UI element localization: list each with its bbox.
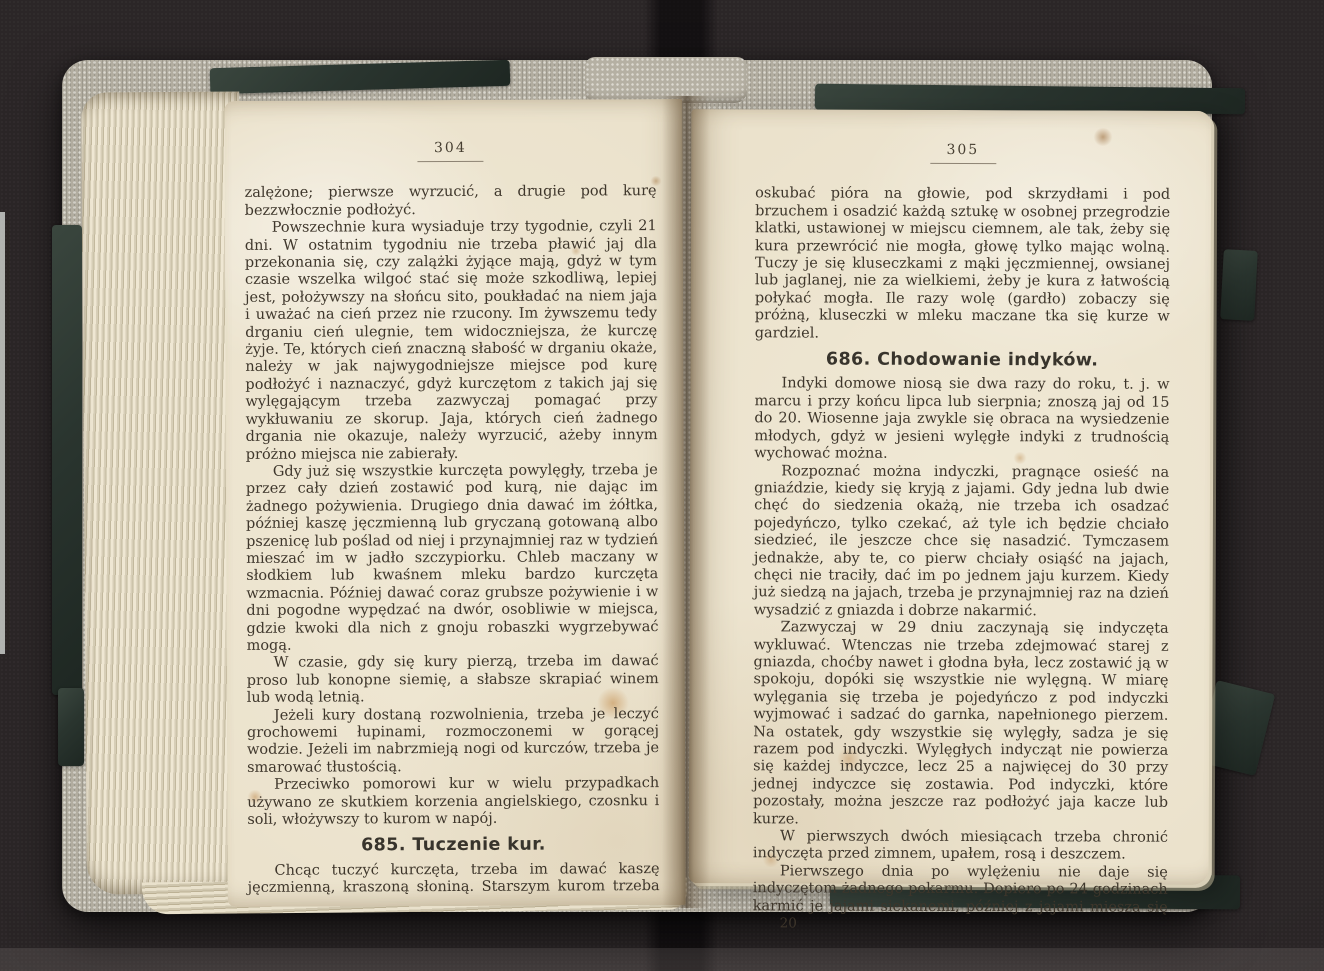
paragraph: Indyki domowe niosą sie dwa razy do roku… — [754, 376, 1169, 464]
page-number-rule — [417, 161, 483, 162]
cradle-left-edge — [0, 212, 5, 654]
page-number-rule — [930, 163, 996, 164]
section-heading-686: 686. Chodowanie indyków. — [755, 351, 1170, 370]
paragraph: Przeciwko pomorowi kur w wielu przypadka… — [247, 775, 659, 829]
cradle-bottom-edge — [0, 948, 1324, 971]
left-page-body: zalężone; pierwsze wyrzucić, a drugie po… — [245, 184, 660, 898]
paragraph: Zazwyczaj w 29 dniu zaczynają się indycz… — [753, 619, 1169, 829]
paragraph: W czasie, gdy się kury pierzą, trzeba im… — [247, 653, 659, 707]
right-page-body: oskubać pióra na głowie, pod skrzydłami … — [753, 186, 1171, 935]
paragraph: oskubać pióra na głowie, pod skrzydłami … — [755, 186, 1171, 344]
paragraph: W pierwszych dwóch miesiącach trzeba chr… — [753, 828, 1168, 864]
paragraph: Pierwszego dnia po wylężeniu nie daje si… — [753, 863, 1168, 917]
left-page-text-column: 304 zalężone; pierwsze wyrzucić, a drugi… — [244, 139, 659, 897]
cover-board-edge-left — [52, 225, 82, 695]
right-page-text-column: 305 oskubać pióra na głowie, pod skrzydł… — [753, 141, 1171, 934]
paragraph: Powszechnie kura wysiaduje trzy tygodnie… — [245, 218, 658, 463]
left-page-number: 304 — [244, 139, 656, 158]
paragraph: Jeżeli kury dostaną rozwolnienia, trzeba… — [247, 706, 659, 777]
section-heading-685: 685. Tuczenie kur. — [247, 837, 659, 856]
paragraph: Gdy już się wszystkie kurczęta powylęgły… — [246, 462, 659, 655]
cover-leather-edge-right-upper — [1220, 249, 1258, 321]
right-page-number: 305 — [755, 141, 1170, 160]
paragraph: Chcąc tuczyć kurczęta, trzeba im dawać k… — [248, 861, 660, 898]
gutter-shadow — [662, 96, 710, 908]
cover-leather-edge-bottom-left — [58, 688, 84, 766]
paragraph: Rozpoznać można indyczki, pragnące osieś… — [754, 463, 1170, 621]
paragraph: zalężone; pierwsze wyrzucić, a drugie po… — [245, 184, 657, 221]
page-stack-left-edge — [81, 91, 245, 894]
signature-mark: 20 — [753, 915, 1168, 934]
